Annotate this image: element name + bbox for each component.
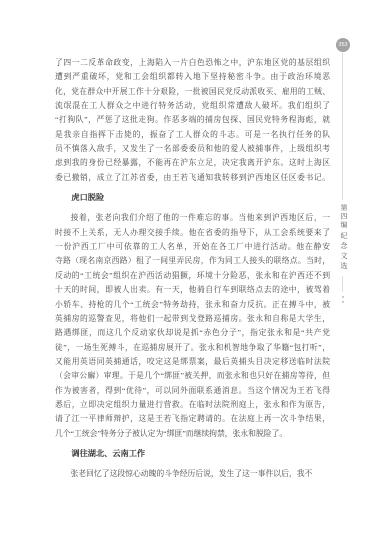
- margin-dot: [342, 301, 344, 303]
- section-heading-tiger-escape: 虎口脱险: [55, 191, 330, 205]
- margin-edition-label: 第四编: [338, 204, 348, 230]
- book-page: 353 第四编 纪念文选 了四一二反革命政变，上海陷入一片白色恐怖之中，沪东地区…: [0, 0, 380, 538]
- body-text-line: 徒”，一场生死搏斗，在巡捕房展开了。张永和机智地争取了华籍“包打听”，: [55, 341, 330, 355]
- body-text-line: 又能用英语同英捕通话，咬定这是绑票案，最后英捕头目决定移送临时法院: [55, 355, 330, 369]
- body-text-line: 请了江一平律师辩护，这是王若飞指定聘请的。在法庭上再一次斗争结果，: [55, 412, 330, 426]
- body-text-line: 流氓混在工人群众之中进行特务活动，党组织常遭敌人破坏。我们组织了: [55, 99, 330, 113]
- body-text-line: （会审公廨）审理。于是几个“绑匪”被关押，而张永和也只好在捕房等待，但: [55, 369, 330, 383]
- body-text-line: 一份沪西工厂中可依靠的工人名单，开始在各工厂中进行活动。他在静安: [55, 240, 330, 254]
- body-text-line: 化，党在群众中开展工作十分艰险，一批被国民党反动派收买、雇用的工贼、: [55, 85, 330, 99]
- body-text-line: 接着，张老向我们介绍了他的一件难忘的事。当他来到沪西地区后，一: [55, 211, 330, 225]
- margin-dots: [341, 296, 344, 306]
- page-number-badge: 353: [336, 38, 350, 52]
- body-text-line: 寺路（现名南京西路）租了一间里弄民房，作为同工人接头的联络点。当时，: [55, 254, 330, 268]
- body-text-line: 英捕房的巡警查见，将他们一起带到戈登路巡捕房。张永和自称是大学生，: [55, 312, 330, 326]
- body-text-line: 委已撤销，成立了江苏省委，由王若飞通知我转移到沪西地区任区委书记。: [55, 171, 330, 185]
- margin-rule-top: [342, 53, 343, 200]
- body-text-line: 遭到严重破坏，党和工会组织都转入地下坚持秘密斗争。由于政治环境恶: [55, 70, 330, 84]
- section-heading-transfer-work: 调往湖北、云南工作: [55, 447, 330, 461]
- body-text-line: 是我亲自指挥下击毙的，振奋了工人群众的斗志。可是一名执行任务的队: [55, 128, 330, 142]
- body-text-column: 了四一二反革命政变，上海陷入一片白色恐怖之中，沪东地区党的基层组织 遭到严重破坏…: [55, 56, 330, 482]
- body-text-line: 了四一二反革命政变，上海陷入一片白色恐怖之中，沪东地区党的基层组织: [55, 56, 330, 70]
- body-text-line: 小轿车、持枪的几个“工统会”特务劫持，张永和奋力反抗。正在搏斗中，被: [55, 298, 330, 312]
- body-text-line: 路遇绑匪，而这几个反动家伙却说是抓“赤色分子”，指定张永和是“共产党: [55, 326, 330, 340]
- margin-rule-bottom: [342, 276, 343, 292]
- body-text-line: 反动的“工统会”组织在沪西活动猖獗，环境十分险恶，张永和在沪西还不到: [55, 269, 330, 283]
- body-text-line: 时接不上关系，无人办理交接手续。他在省委的指导下，从工会系统要来了: [55, 226, 330, 240]
- body-text-line: 张老回忆了这段惊心动魄的斗争经历后说，发生了这一事件以后，我不: [55, 467, 330, 481]
- body-text-line: “打狗队”，严惩了这批走狗。作恶多端的捕房包探、国民党特务程海彪，就: [55, 113, 330, 127]
- body-text-line: 几个“工统会”特务分子被认定为“绑匪”而继续拘禁，张永和脱险了。: [55, 427, 330, 441]
- body-text-line: 十天的时间，即被人出卖。有一天，他骑自行车到联络点去的途中，被驾着: [55, 283, 330, 297]
- margin-dot: [342, 296, 344, 298]
- body-text-line: 悉后，立即决定组织力量进行营救。在临时法院刑庭上，张永和作为原告，: [55, 398, 330, 412]
- body-text-line: 员不慎落入敌手，又发生了一名部委委员和他的爱人被捕事件，上级组织考: [55, 142, 330, 156]
- body-text-line: 虑到我的身份已经暴露，不能再在沪东立足，决定我离开沪东。这时上海区: [55, 156, 330, 170]
- margin-section-label: 纪念文选: [338, 232, 348, 272]
- body-text-line: 作为被害者，得到“优待”，可以同外面联系通消息。当这个情况为王若飞得: [55, 384, 330, 398]
